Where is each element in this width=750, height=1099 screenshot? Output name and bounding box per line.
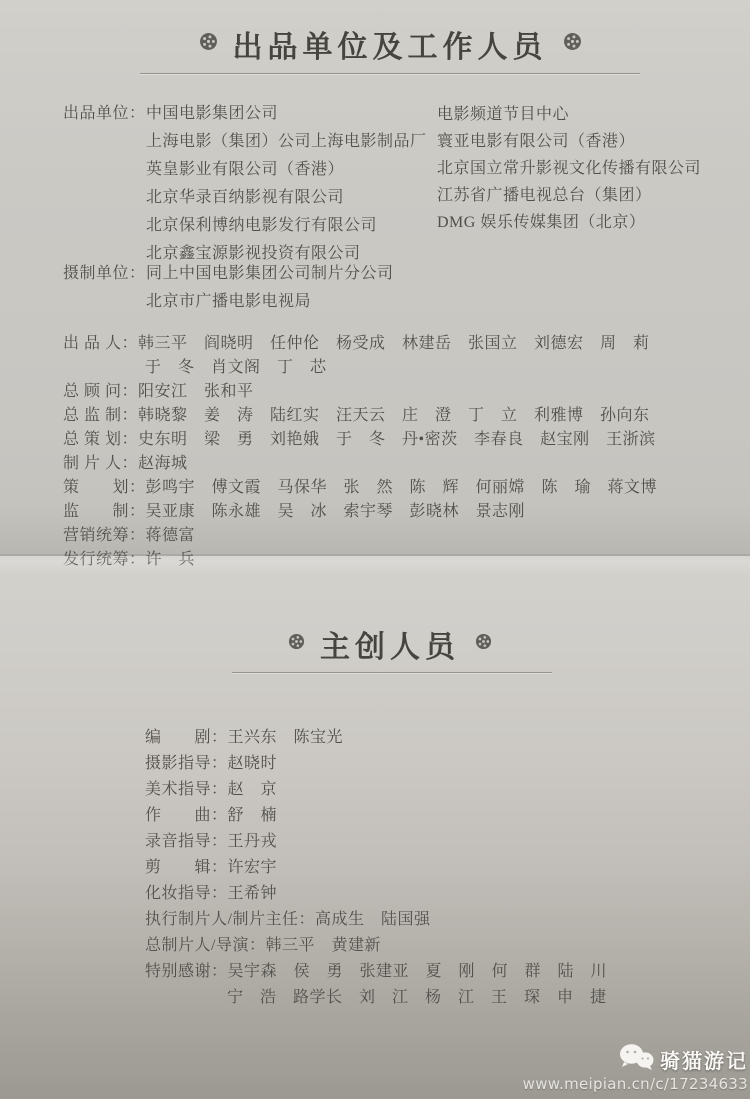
credit-row: 执行制片人/制片主任：高成生 陆国强 <box>145 906 607 932</box>
producers-left-column: 中国电影集团公司 上海电影（集团）公司上海电影制品厂 英皇影业有限公司（香港） … <box>146 100 427 268</box>
company-name: 电影频道节目中心 <box>437 101 701 128</box>
company-name: 江苏省广播电视总台（集团） <box>437 182 701 209</box>
paper-fold-shadow <box>0 505 750 554</box>
credit-row: 总 监 制：韩晓黎 姜 涛 陆红实 汪天云 庄 澄 丁 立 利雅博 孙向东 <box>63 402 657 426</box>
credit-row: 宁 浩 路学长 刘 江 杨 江 王 琛 申 捷 <box>145 984 607 1010</box>
producers-label: 出品单位： <box>63 100 146 123</box>
film-reel-icon <box>288 633 305 655</box>
credit-row: 总制片人/导演：韩三平 黄建新 <box>145 932 607 958</box>
section2-header: 主创人员 <box>30 622 750 666</box>
credit-row: 摄影指导：赵晓时 <box>145 750 607 776</box>
watermark-account-name: 骑猫游记 <box>660 1045 748 1074</box>
company-name: 北京保利博纳电影发行有限公司 <box>146 212 427 240</box>
wechat-icon <box>618 1043 654 1075</box>
credit-row: 化妆指导：王希钟 <box>145 880 607 906</box>
watermark-header: 骑猫游记 <box>523 1043 748 1075</box>
paper-fold-highlight <box>0 556 750 576</box>
company-name: 寰亚电影有限公司（香港） <box>437 128 701 155</box>
credit-row: 制 片 人：赵海城 <box>63 450 657 474</box>
watermark-url: www.meipian.cn/c/17234633 <box>523 1075 748 1093</box>
film-credits-scan: 出品单位及工作人员 出品单位： 中国电影集团公司 上海电影（集团）公司上海电影制… <box>0 0 750 1099</box>
credit-row: 编 剧：王兴东 陈宝光 <box>145 724 607 750</box>
credit-row: 总 策 划：史东明 梁 勇 刘艳娥 于 冬 丹•密茨 李春良 赵宝刚 王浙滨 <box>63 426 657 450</box>
section1-divider <box>140 73 640 74</box>
credit-row: 总 顾 问：阳安江 张和平 <box>63 378 657 402</box>
credit-row: 策 划：彭鸣宇 傅文霞 马保华 张 然 陈 辉 何丽嫦 陈 瑜 蒋文博 <box>63 474 657 498</box>
company-name: 北京华录百纳影视有限公司 <box>146 184 427 212</box>
filming-label: 摄制单位： <box>63 260 146 283</box>
film-reel-icon <box>475 633 492 655</box>
meipian-watermark: 骑猫游记 www.meipian.cn/c/17234633 <box>523 1043 748 1093</box>
company-name: 英皇影业有限公司（香港） <box>146 156 427 184</box>
credit-row: 出 品 人：韩三平 阎晓明 任仲伦 杨受成 林建岳 张国立 刘德宏 周 莉 <box>63 330 657 354</box>
company-name: 中国电影集团公司 <box>146 100 427 128</box>
section1-title: 出品单位及工作人员 <box>233 22 548 66</box>
company-name: 上海电影（集团）公司上海电影制品厂 <box>146 128 427 156</box>
filming-column: 同上中国电影集团公司制片分公司 北京市广播电影电视局 <box>146 260 394 316</box>
credit-row: 录音指导：王丹戎 <box>145 828 607 854</box>
company-name: 同上中国电影集团公司制片分公司 <box>146 260 394 288</box>
producers-right-column: 电影频道节目中心 寰亚电影有限公司（香港） 北京国立常升影视文化传播有限公司 江… <box>437 101 701 236</box>
credit-row: 于 冬 肖文阁 丁 芯 <box>63 354 657 378</box>
credit-row: 剪 辑：许宏宇 <box>145 854 607 880</box>
credit-row: 特别感谢：吴宇森 侯 勇 张建亚 夏 刚 何 群 陆 川 <box>145 958 607 984</box>
film-reel-icon <box>199 32 218 56</box>
company-name: 北京国立常升影视文化传播有限公司 <box>437 155 701 182</box>
credit-row: 作 曲：舒 楠 <box>145 802 607 828</box>
section2-divider <box>232 672 552 673</box>
company-name: DMG 娱乐传媒集团（北京） <box>437 209 701 236</box>
section2-title: 主创人员 <box>320 622 460 666</box>
section1-header: 出品单位及工作人员 <box>30 22 750 66</box>
company-name: 北京市广播电影电视局 <box>146 288 394 316</box>
film-reel-icon <box>563 32 582 56</box>
credit-row: 美术指导：赵 京 <box>145 776 607 802</box>
section2-credits: 编 剧：王兴东 陈宝光 摄影指导：赵晓时 美术指导：赵 京 作 曲：舒 楠 录音… <box>145 724 607 1010</box>
